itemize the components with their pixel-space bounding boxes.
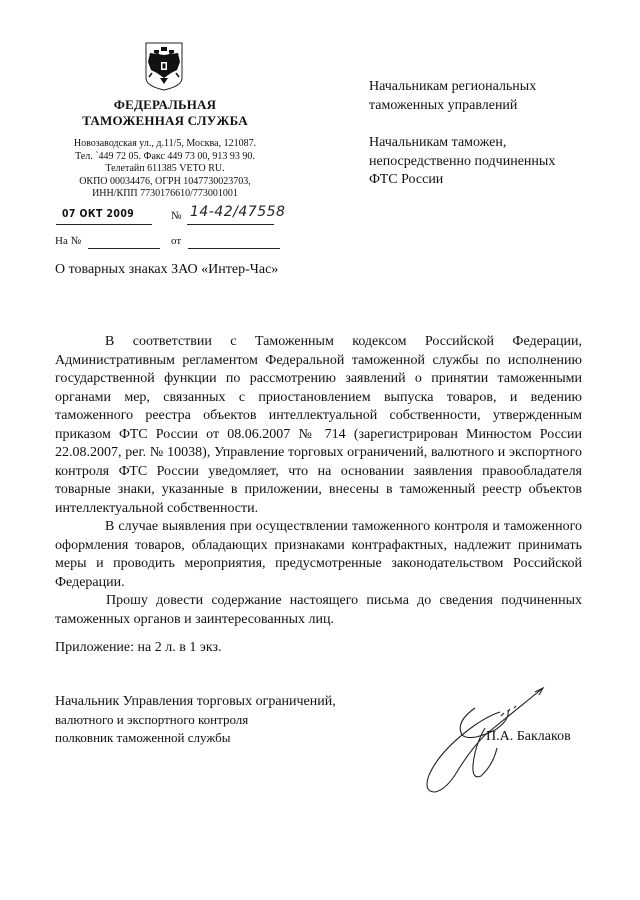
coat-of-arms-icon <box>143 40 185 92</box>
organization-name: ФЕДЕРАЛЬНАЯ ТАМОЖЕННАЯ СЛУЖБА <box>60 97 270 129</box>
organization-contacts: Новозаводская ул., д.11/5, Москва, 12108… <box>52 138 278 201</box>
org-inn-kpp: ИНН/КПП 7730176610/773001001 <box>52 188 278 201</box>
addressee-line: Начальникам таможен, <box>369 134 619 153</box>
body-paragraph-1: В соответствии с Таможенным кодексом Рос… <box>55 333 582 518</box>
signer-title-line2: валютного и экспортного контроля <box>55 711 336 729</box>
letter-number: 14-42/47558 <box>190 204 285 220</box>
signer-title-line1: Начальник Управления торговых ограничени… <box>55 693 336 711</box>
appendix-note: Приложение: на 2 л. в 1 экз. <box>55 640 222 656</box>
reference-number-label: На № <box>55 235 81 247</box>
org-okpo-ogrn: ОКПО 00034476, ОГРН 1047730023703, <box>52 176 278 189</box>
addressee-line: Начальникам региональных <box>369 78 619 97</box>
org-name-line1: ФЕДЕРАЛЬНАЯ <box>60 97 270 113</box>
addressee-line: ФТС России <box>369 171 619 190</box>
reference-date-blank <box>188 235 280 249</box>
body-paragraph-2: В случае выявления при осуществлении там… <box>55 518 582 592</box>
addressee-line: непосредственно подчиненных <box>369 153 619 172</box>
addressee-group-2: Начальникам таможен, непосредственно под… <box>369 134 619 190</box>
addressees: Начальникам региональных таможенных упра… <box>369 78 619 209</box>
org-name-line2: ТАМОЖЕННАЯ СЛУЖБА <box>60 113 270 129</box>
letter-body: В соответствии с Таможенным кодексом Рос… <box>55 333 582 629</box>
addressee-group-1: Начальникам региональных таможенных упра… <box>369 78 619 115</box>
signer-title: Начальник Управления торговых ограничени… <box>55 693 336 747</box>
letter-subject: О товарных знаках ЗАО «Интер-Час» <box>55 262 278 278</box>
number-label: № <box>171 210 182 222</box>
org-teletype: Телетайп 611385 VETO RU. <box>52 163 278 176</box>
body-paragraph-3: Прошу довести содержание настоящего пись… <box>55 592 582 629</box>
reference-number-blank <box>88 235 160 249</box>
letter-date: 07 ОКТ 2009 <box>62 207 134 220</box>
org-phones: Тел. `449 72 05. Факс 449 73 00, 913 93 … <box>52 151 278 164</box>
addressee-line: таможенных управлений <box>369 97 619 116</box>
signer-title-line3: полковник таможенной службы <box>55 729 336 747</box>
org-address: Новозаводская ул., д.11/5, Москва, 12108… <box>52 138 278 151</box>
reference-date-label: от <box>171 235 181 247</box>
signer-name: П.А. Баклаков <box>486 729 571 745</box>
